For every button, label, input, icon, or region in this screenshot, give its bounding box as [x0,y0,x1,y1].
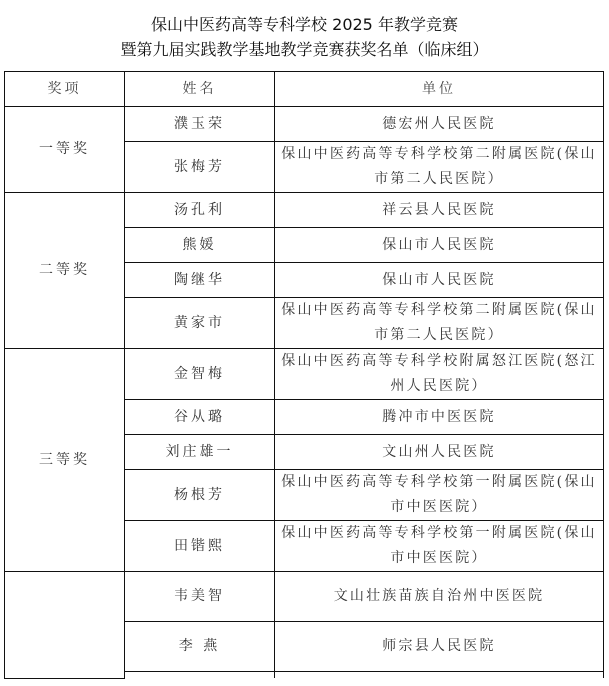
header-award: 奖项 [5,72,125,107]
award-table: 奖项 姓名 单位 一等奖 濮玉荣 德宏州人民医院 张梅芳 保山中医药高等专科学校… [4,71,604,679]
name-cell: 李 燕 [125,622,275,672]
table-header-row: 奖项 姓名 单位 [5,72,604,107]
unit-cell: 文山壮族苗族自治州中医医院 [275,572,604,622]
table-row: 一等奖 濮玉荣 德宏州人民医院 [5,107,604,142]
award-cell-next [5,572,125,679]
unit-cell: 保山中医药高等专科学校附属怒江医院(怒江州人民医院） [275,349,604,400]
unit-cell: 祥云县人民医院 [275,193,604,228]
unit-cell: 腾冲市中医医院 [275,400,604,435]
name-cell: 濮玉荣 [125,107,275,142]
name-cell: 谷从璐 [125,400,275,435]
award-cell-second: 二等奖 [5,193,125,349]
header-name: 姓名 [125,72,275,107]
name-cell: 韦美智 [125,572,275,622]
unit-cell: 保山中医药高等专科学校第二附属医院(保山市第二人民医院） [275,298,604,349]
unit-cell: 德宏州人民医院 [275,107,604,142]
document-title-line1: 保山中医药高等专科学校 2025 年教学竞赛 [0,12,609,35]
name-cell: 汤孔利 [125,193,275,228]
table-row: 二等奖 汤孔利 祥云县人民医院 [5,193,604,228]
name-cell: 张梅芳 [125,142,275,193]
unit-cell: 保山中医药高等专科学校第二附属医院(保山市第二人民医院） [275,142,604,193]
header-unit: 单位 [275,72,604,107]
name-cell: 刘庄雄一 [125,435,275,470]
award-cell-third: 三等奖 [5,349,125,572]
name-cell: 熊媛 [125,228,275,263]
name-cell: 田锴熙 [125,521,275,572]
name-cell: 杨根芳 [125,470,275,521]
table-row: 三等奖 金智梅 保山中医药高等专科学校附属怒江医院(怒江州人民医院） [5,349,604,400]
unit-cell-empty [275,672,604,679]
unit-cell: 保山市人民医院 [275,263,604,298]
name-cell: 陶继华 [125,263,275,298]
unit-cell: 保山中医药高等专科学校第一附属医院(保山市中医医院） [275,521,604,572]
unit-cell: 保山中医药高等专科学校第一附属医院(保山市中医医院） [275,470,604,521]
award-cell-first: 一等奖 [5,107,125,193]
name-cell-empty [125,672,275,679]
table-row: 韦美智 文山壮族苗族自治州中医医院 [5,572,604,622]
unit-cell: 保山市人民医院 [275,228,604,263]
unit-cell: 文山州人民医院 [275,435,604,470]
name-cell: 黄家市 [125,298,275,349]
unit-cell: 师宗县人民医院 [275,622,604,672]
document-title-line2: 暨第九届实践教学基地教学竞赛获奖名单（临床组） [0,37,609,60]
name-cell: 金智梅 [125,349,275,400]
